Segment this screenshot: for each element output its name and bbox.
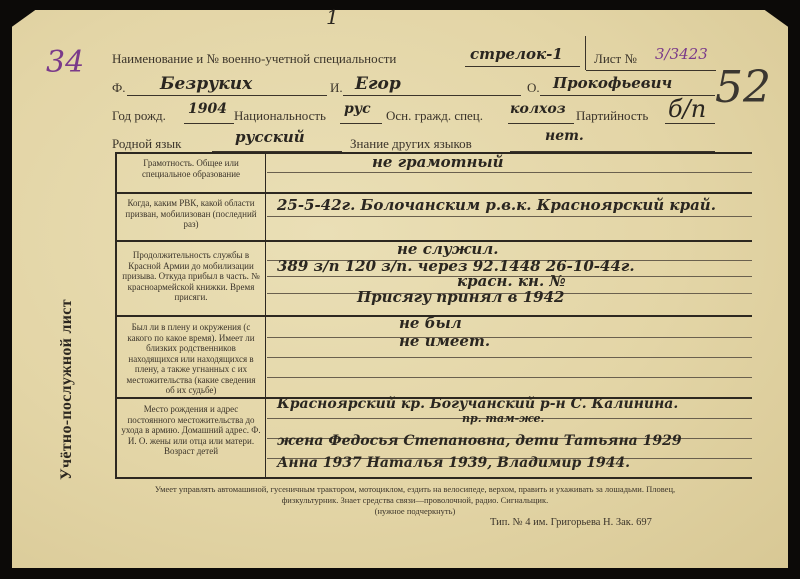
family-value-2: Анна 1937 Наталья 1939, Владимир 1944.	[277, 455, 630, 471]
nationality-value: рус	[344, 101, 371, 117]
conscription-value: 25-5-42г. Болочанским р.в.к. Красноярски…	[277, 196, 716, 214]
service-value-4: Присягу принял в 1942	[357, 288, 564, 306]
sheet-number: 3/3423	[655, 45, 708, 63]
native-language-value: русский	[235, 128, 305, 146]
sheet-label: Лист №	[594, 51, 637, 67]
birth-year-label: Год рожд.	[112, 108, 166, 124]
top-mark: 1	[326, 5, 339, 29]
skills-note: Умеет управлять автомашиной, гусеничным …	[130, 484, 700, 506]
captivity-value-1: не был	[399, 314, 462, 332]
birthplace-value-1: Красноярский кр. Богучанский р-н С. Кали…	[277, 396, 678, 412]
service-table: Грамотность. Общее или специальное образ…	[115, 152, 752, 479]
specialty-label: Наименование и № военно-учетной специаль…	[112, 51, 396, 67]
name-value: Егор	[355, 74, 401, 94]
service-duration-label: Продолжительность службы в Красной Армии…	[121, 250, 261, 303]
birth-year-value: 1904	[188, 101, 227, 117]
printer-imprint: Тип. № 4 им. Григорьева Н. Зак. 697	[490, 517, 652, 528]
patronymic-value: Прокофьевич	[553, 74, 672, 92]
civil-spec-value: колхоз	[510, 101, 566, 117]
civil-spec-label: Осн. гражд. спец.	[386, 108, 483, 124]
birthplace-value-2: пр. там-же.	[462, 412, 544, 425]
native-language-label: Родной язык	[112, 136, 181, 152]
surname-value: Безруких	[160, 74, 252, 94]
party-label: Партийность	[576, 108, 648, 124]
nationality-label: Национальность	[234, 108, 326, 124]
other-languages-value: нет.	[545, 128, 584, 144]
other-languages-label: Знание других языков	[350, 136, 472, 152]
side-title: Учётно-послужной лист	[58, 299, 76, 480]
surname-label: Ф.	[112, 80, 126, 96]
stamp-mark: 52	[715, 62, 771, 113]
patronymic-label: О.	[527, 80, 540, 96]
conscription-label: Когда, каким РВК, какой области призван,…	[121, 198, 261, 230]
family-value-1: жена Федосья Степановна, дети Татьяна 19…	[277, 433, 682, 449]
captivity-label: Был ли в плену и окружения (с какого по …	[121, 322, 261, 396]
party-value: б/п	[668, 95, 706, 123]
service-value-1: не служил.	[397, 240, 498, 258]
captivity-value-2: не имеет.	[399, 332, 490, 350]
literacy-label: Грамотность. Общее или специальное образ…	[121, 158, 261, 179]
skills-hint: (нужное подчеркнуть)	[130, 506, 700, 517]
birthplace-label: Место рождения и адрес постоянного место…	[121, 404, 261, 457]
literacy-value: не грамотный	[372, 153, 504, 171]
name-label: И.	[330, 80, 343, 96]
margin-number: 34	[46, 45, 84, 80]
specialty-value: стрелок-1	[470, 45, 563, 63]
service-value-2: 389 з/п 120 з/п. через 92.1448 26-10-44г…	[277, 257, 635, 275]
